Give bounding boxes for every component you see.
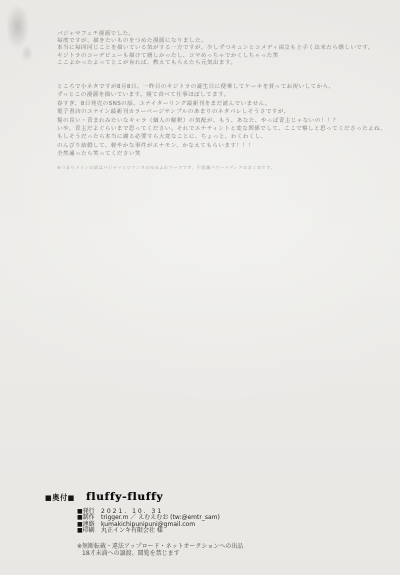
- handwritten-afterword: パジャマフェチ漫画でした。 毎度ですが、描きたいものをつめた漫画になりました。 …: [57, 31, 389, 171]
- afterword-line: 全然違ったら笑ってください笑: [57, 150, 389, 158]
- colophon-entry-label: ■印刷: [77, 528, 101, 534]
- afterword-line: キジトラのコーデビューも描けて嬉しかったし、コマめっちゃでかくしちゃった笑: [57, 53, 389, 60]
- scanned-afterword-page: パジャマフェチ漫画でした。 毎度ですが、描きたいものをつめた漫画になりました。 …: [0, 0, 400, 575]
- reproduction-notice: ※無断転載・違法アップロード・ネットオークションへの出品 18才未満への譲渡、閲…: [77, 543, 243, 557]
- afterword-footnote: ※つまりメインの話はパジャマとロマンスのゆるふわワーフです。不思議パワーメディア…: [57, 166, 389, 171]
- paragraph-gap: [57, 67, 389, 83]
- afterword-line: 本当に毎回同じことを描いている気がする一方ですが、少しずつキュンとコメディ両立も…: [57, 45, 389, 52]
- afterword-line: 髪の長い・青まれみたいなキャラ（個人の解釈）の気配が、もう、あなた、やっぱ青主じ…: [57, 117, 389, 125]
- printer-name: 丸正インキ有限会社 様: [101, 528, 163, 534]
- afterword-line: のんびり結婚して、軽やかな事件がエナモン、かなえてもらいます！！！: [57, 142, 389, 150]
- colophon-entries: ■発行 2021. 10. 31 ■制作 trigger.m ／ えむえむお (…: [77, 509, 243, 534]
- afterword-line: ここよかったよってとこが有れば、教えてもらえたら元気出ます。: [57, 60, 389, 67]
- scan-smudge-small: [18, 40, 36, 66]
- notice-line: 18才未満への譲渡、閲覧を禁じます: [77, 550, 243, 557]
- afterword-line: もしそうだったら本当に謝る必要すら大変なことに、ちょっと、わくわくし、: [57, 133, 389, 141]
- colophon: ■奥付■ fluffy-fluffy ■発行 2021. 10. 31 ■制作 …: [45, 491, 243, 558]
- colophon-header-label: ■奥付■: [45, 493, 75, 503]
- colophon-entry-printer: ■印刷 丸正インキ有限会社 様: [77, 528, 243, 534]
- afterword-line: 春すぎ、8日発売のSNSの話、ユナイターリング最新刊をまだ読んでいません。: [57, 100, 389, 108]
- afterword-line: 電子書店のユナイン最新刊カラーページサンプルのあまりのネタバレしそうさですが、: [57, 108, 389, 116]
- colophon-header: ■奥付■ fluffy-fluffy: [45, 491, 243, 503]
- afterword-line: ずっとこの漫画を描いています。寝て食べて仕事ほぼしてます。: [57, 91, 389, 99]
- book-title: fluffy-fluffy: [86, 491, 163, 503]
